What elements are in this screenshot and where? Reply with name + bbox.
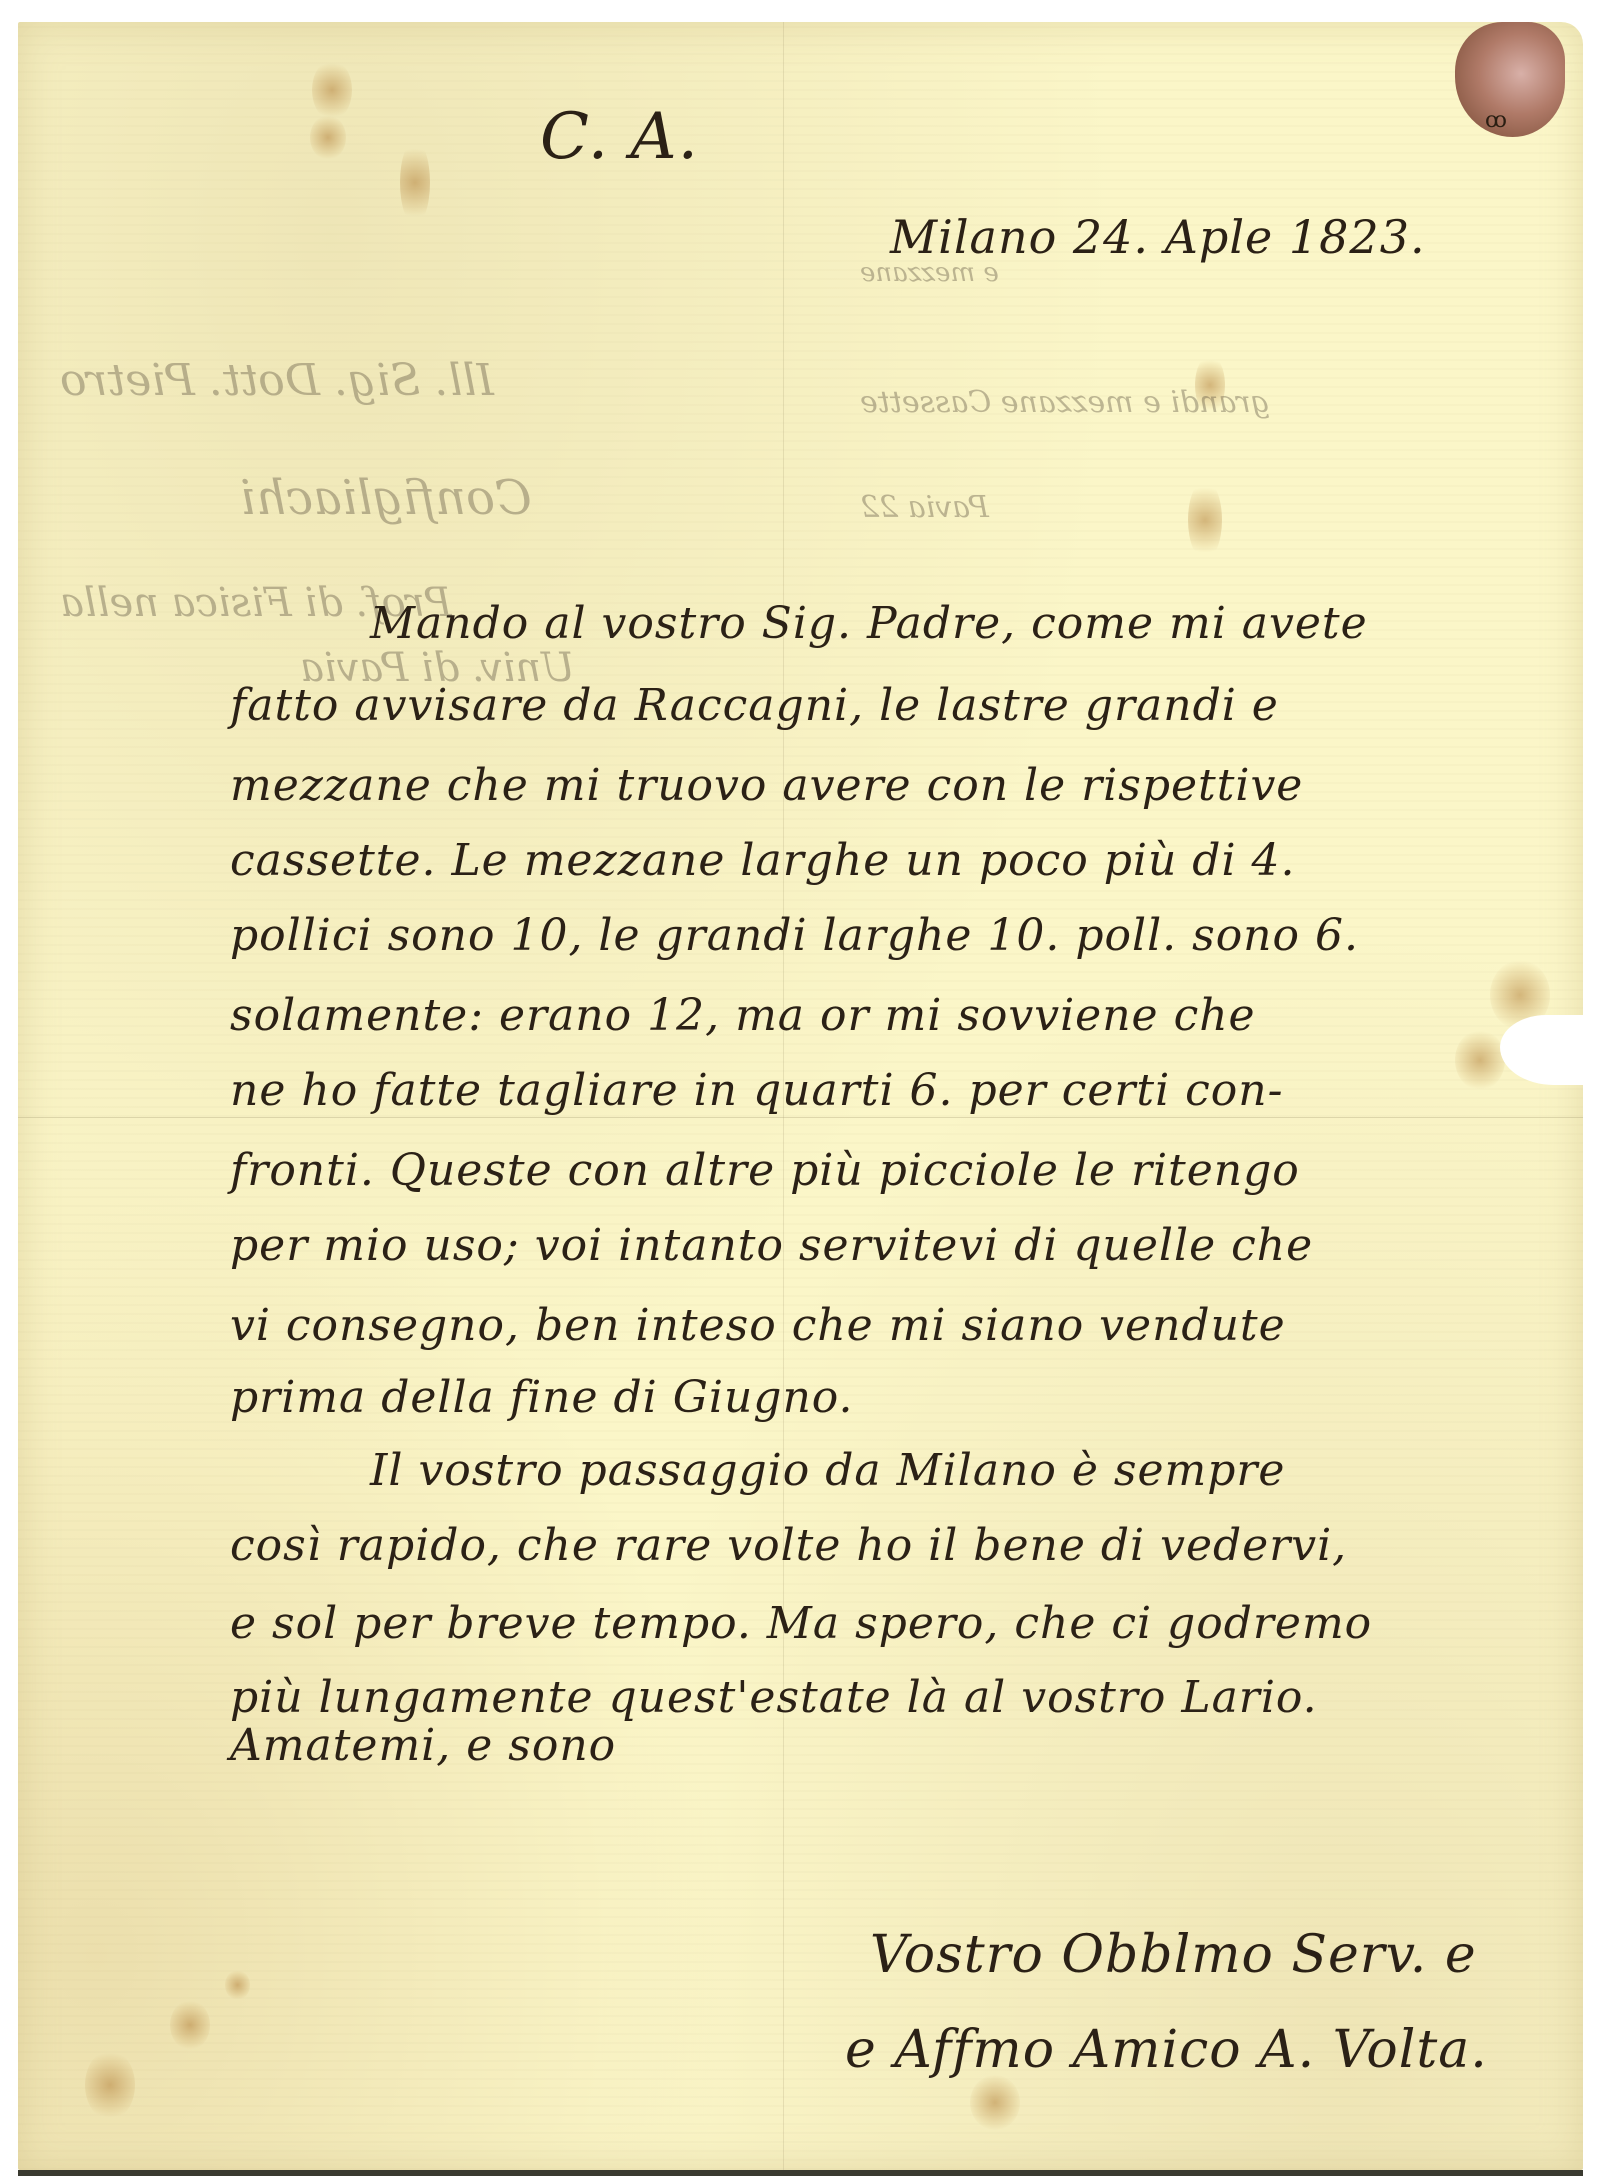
- body-line: Il vostro passaggio da Milano è sempre: [370, 1445, 1285, 1496]
- wax-seal-icon: [1455, 22, 1565, 137]
- body-line: cassette. Le mezzane larghe un poco più …: [230, 835, 1296, 886]
- body-line: per mio uso; voi intanto servitevi di qu…: [230, 1220, 1313, 1271]
- foxing-stain: [312, 60, 352, 120]
- foxing-stain: [170, 2000, 210, 2050]
- foxing-stain: [1455, 1030, 1505, 1090]
- body-line: fronti. Queste con altre più picciole le…: [230, 1145, 1300, 1196]
- foxing-stain: [85, 2050, 135, 2120]
- body-line: solamente: erano 12, ma or mi sovviene c…: [230, 990, 1256, 1041]
- body-line: Amatemi, e sono: [230, 1720, 616, 1771]
- foxing-stain: [1188, 480, 1222, 560]
- signature: e Affmo Amico A. Volta.: [845, 2020, 1488, 2080]
- body-line: prima della fine di Giugno.: [230, 1372, 854, 1423]
- horizontal-fold-line: [18, 1117, 1583, 1118]
- closing-line: Vostro Obblmo Serv. e: [870, 1925, 1477, 1985]
- seal-mark: ꝏ: [1485, 108, 1507, 133]
- body-line: mezzane che mi truovo avere con le rispe…: [230, 760, 1303, 811]
- body-line: così rapido, che rare volte ho il bene d…: [230, 1520, 1347, 1571]
- body-line: più lungamente quest'estate là al vostro…: [230, 1672, 1318, 1723]
- body-line: pollici sono 10, le grandi larghe 10. po…: [230, 910, 1359, 961]
- body-line: ne ho fatte tagliare in quarti 6. per ce…: [230, 1065, 1284, 1116]
- bleed-through-line: Ill. Sig. Dott. Pietro: [60, 355, 494, 406]
- body-line: Mando al vostro Sig. Padre, come mi avet…: [370, 598, 1368, 649]
- bleed-through-line: Pavia 22: [860, 490, 989, 525]
- foxing-stain: [400, 140, 430, 225]
- body-line: fatto avvisare da Raccagni, le lastre gr…: [230, 680, 1279, 731]
- body-line: vi consegno, ben inteso che mi siano ven…: [230, 1300, 1286, 1351]
- bleed-through-line: grandi e mezzane Cassette: [860, 385, 1270, 420]
- foxing-stain: [970, 2075, 1020, 2130]
- letter-heading: C. A.: [540, 100, 699, 174]
- dateline: Milano 24. Aple 1823.: [890, 210, 1426, 264]
- foxing-stain: [310, 115, 346, 160]
- body-line: e sol per breve tempo. Ma spero, che ci …: [230, 1598, 1372, 1649]
- bleed-through-line: Configliachi: [240, 470, 532, 526]
- foxing-stain: [225, 1970, 250, 2000]
